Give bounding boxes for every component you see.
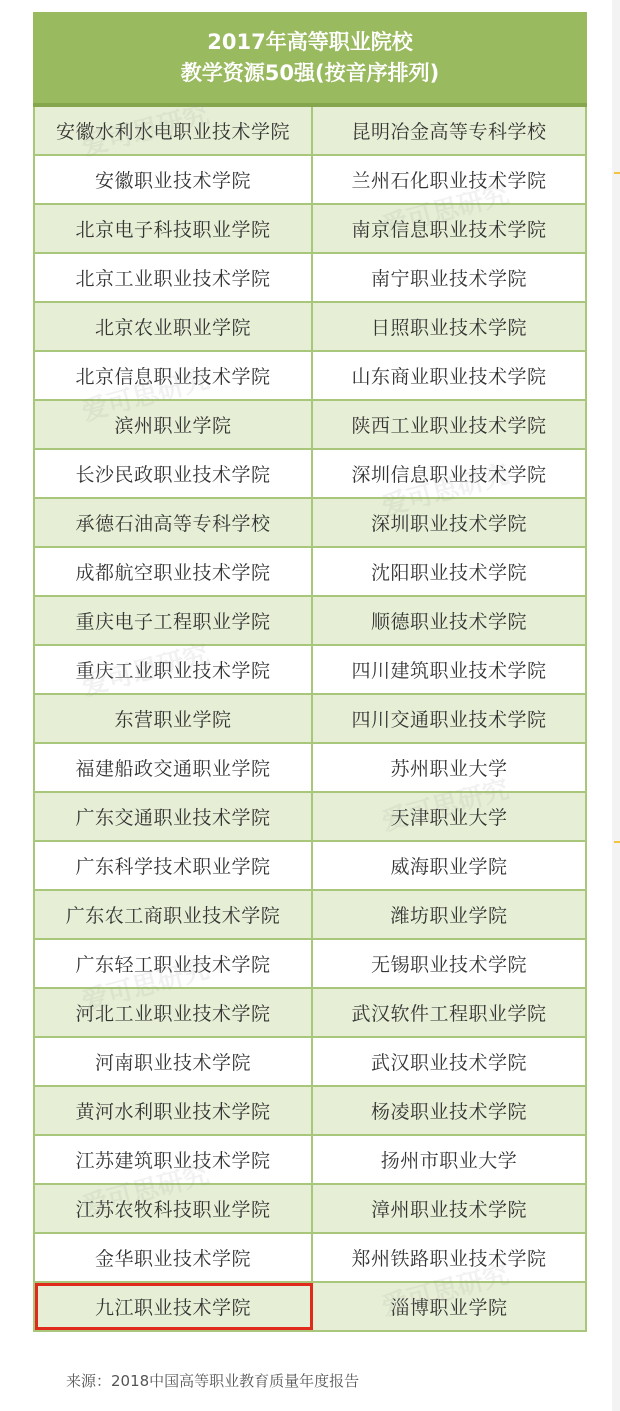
table-row: 成都航空职业技术学院沈阳职业技术学院 xyxy=(35,548,585,597)
table-cell-left: 福建船政交通职业学院 xyxy=(35,744,313,791)
table-cell-left: 广东科学技术职业学院 xyxy=(35,842,313,889)
table-cell-left: 江苏建筑职业技术学院 xyxy=(35,1136,313,1183)
table-cell-right: 兰州石化职业技术学院 xyxy=(313,156,585,203)
table-cell-right: 扬州市职业大学 xyxy=(313,1136,585,1183)
table-cell-right: 顺德职业技术学院 xyxy=(313,597,585,644)
table-cell-right: 苏州职业大学 xyxy=(313,744,585,791)
table-cell-right: 漳州职业技术学院 xyxy=(313,1185,585,1232)
table-cell-right: 威海职业学院 xyxy=(313,842,585,889)
table-cell-left: 东营职业学院 xyxy=(35,695,313,742)
table-cell-left: 重庆工业职业技术学院 xyxy=(35,646,313,693)
table-cell-right: 南京信息职业技术学院 xyxy=(313,205,585,252)
table-row: 安徽水利水电职业技术学院昆明冶金高等专科学校 xyxy=(35,107,585,156)
table-cell-left: 广东交通职业技术学院 xyxy=(35,793,313,840)
table-row: 滨州职业学院陕西工业职业技术学院 xyxy=(35,401,585,450)
table-cell-left: 广东轻工职业技术学院 xyxy=(35,940,313,987)
table-row: 福建船政交通职业学院苏州职业大学 xyxy=(35,744,585,793)
table-row: 河北工业职业技术学院武汉软件工程职业学院 xyxy=(35,989,585,1038)
table-cell-left: 重庆电子工程职业学院 xyxy=(35,597,313,644)
table-row: 广东交通职业技术学院天津职业大学 xyxy=(35,793,585,842)
table-header: 2017年高等职业院校 教学资源50强(按音序排列) xyxy=(33,12,587,107)
table-row: 重庆工业职业技术学院四川建筑职业技术学院 xyxy=(35,646,585,695)
table-cell-right: 郑州铁路职业技术学院 xyxy=(313,1234,585,1281)
table-cell-left: 黄河水利职业技术学院 xyxy=(35,1087,313,1134)
table-row: 九江职业技术学院淄博职业学院 xyxy=(35,1283,585,1332)
table-cell-right: 武汉职业技术学院 xyxy=(313,1038,585,1085)
source-note: 来源：2018中国高等职业教育质量年度报告 xyxy=(66,1370,359,1391)
table-row: 广东轻工职业技术学院无锡职业技术学院 xyxy=(35,940,585,989)
table-cell-left: 滨州职业学院 xyxy=(35,401,313,448)
table-cell-left: 安徽水利水电职业技术学院 xyxy=(35,107,313,154)
table-title-line1: 2017年高等职业院校 xyxy=(207,27,412,58)
edge-marker xyxy=(614,841,620,843)
table-row: 江苏农牧科技职业学院漳州职业技术学院 xyxy=(35,1185,585,1234)
table-cell-right: 天津职业大学 xyxy=(313,793,585,840)
table-cell-right: 淄博职业学院 xyxy=(313,1283,585,1330)
page-edge-strip xyxy=(612,0,620,1411)
table-row: 承德石油高等专科学校深圳职业技术学院 xyxy=(35,499,585,548)
table-cell-right: 深圳信息职业技术学院 xyxy=(313,450,585,497)
table-title-line2: 教学资源50强(按音序排列) xyxy=(181,58,439,89)
table-row: 黄河水利职业技术学院杨凌职业技术学院 xyxy=(35,1087,585,1136)
table-row: 重庆电子工程职业学院顺德职业技术学院 xyxy=(35,597,585,646)
rankings-table: 2017年高等职业院校 教学资源50强(按音序排列) 安徽水利水电职业技术学院昆… xyxy=(33,12,587,1332)
table-row: 河南职业技术学院武汉职业技术学院 xyxy=(35,1038,585,1087)
table-row: 金华职业技术学院郑州铁路职业技术学院 xyxy=(35,1234,585,1283)
table-cell-left: 北京信息职业技术学院 xyxy=(35,352,313,399)
table-row: 北京电子科技职业学院南京信息职业技术学院 xyxy=(35,205,585,254)
table-cell-left: 成都航空职业技术学院 xyxy=(35,548,313,595)
table-row: 北京信息职业技术学院山东商业职业技术学院 xyxy=(35,352,585,401)
table-cell-right: 昆明冶金高等专科学校 xyxy=(313,107,585,154)
table-row: 安徽职业技术学院兰州石化职业技术学院 xyxy=(35,156,585,205)
table-cell-left: 北京电子科技职业学院 xyxy=(35,205,313,252)
table-cell-right: 南宁职业技术学院 xyxy=(313,254,585,301)
table-row: 北京农业职业学院日照职业技术学院 xyxy=(35,303,585,352)
table-cell-right: 日照职业技术学院 xyxy=(313,303,585,350)
table-cell-right: 四川建筑职业技术学院 xyxy=(313,646,585,693)
table-cell-left: 江苏农牧科技职业学院 xyxy=(35,1185,313,1232)
table-cell-left: 承德石油高等专科学校 xyxy=(35,499,313,546)
table-row: 广东农工商职业技术学院潍坊职业学院 xyxy=(35,891,585,940)
table-cell-left: 长沙民政职业技术学院 xyxy=(35,450,313,497)
table-cell-right: 无锡职业技术学院 xyxy=(313,940,585,987)
table-cell-left: 北京工业职业技术学院 xyxy=(35,254,313,301)
table-cell-left: 河南职业技术学院 xyxy=(35,1038,313,1085)
table-cell-right: 深圳职业技术学院 xyxy=(313,499,585,546)
table-cell-left: 安徽职业技术学院 xyxy=(35,156,313,203)
edge-marker xyxy=(614,172,620,174)
table-body: 安徽水利水电职业技术学院昆明冶金高等专科学校安徽职业技术学院兰州石化职业技术学院… xyxy=(33,107,587,1332)
table-cell-left: 金华职业技术学院 xyxy=(35,1234,313,1281)
table-cell-right: 陕西工业职业技术学院 xyxy=(313,401,585,448)
table-row: 长沙民政职业技术学院深圳信息职业技术学院 xyxy=(35,450,585,499)
table-row: 北京工业职业技术学院南宁职业技术学院 xyxy=(35,254,585,303)
table-row: 广东科学技术职业学院威海职业学院 xyxy=(35,842,585,891)
table-cell-right: 四川交通职业技术学院 xyxy=(313,695,585,742)
table-cell-right: 杨凌职业技术学院 xyxy=(313,1087,585,1134)
table-row: 江苏建筑职业技术学院扬州市职业大学 xyxy=(35,1136,585,1185)
table-cell-right: 潍坊职业学院 xyxy=(313,891,585,938)
table-cell-left: 北京农业职业学院 xyxy=(35,303,313,350)
table-cell-left: 河北工业职业技术学院 xyxy=(35,989,313,1036)
table-cell-right: 武汉软件工程职业学院 xyxy=(313,989,585,1036)
table-cell-left: 广东农工商职业技术学院 xyxy=(35,891,313,938)
table-cell-right: 沈阳职业技术学院 xyxy=(313,548,585,595)
table-row: 东营职业学院四川交通职业技术学院 xyxy=(35,695,585,744)
table-cell-right: 山东商业职业技术学院 xyxy=(313,352,585,399)
highlighted-cell: 九江职业技术学院 xyxy=(35,1283,313,1330)
